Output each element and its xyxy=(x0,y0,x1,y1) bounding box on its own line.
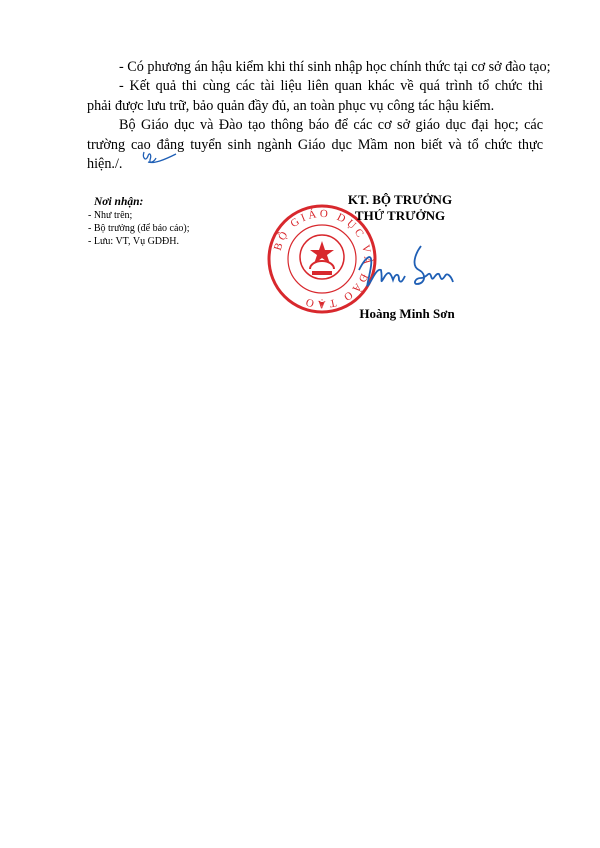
signature-title: KT. BỘ TRƯỞNG xyxy=(330,192,470,208)
recipients-list: Nơi nhận: - Như trên; - Bộ trưởng (để bá… xyxy=(88,195,190,248)
signature-block: KT. BỘ TRƯỞNG THỨ TRƯỞNG xyxy=(330,192,470,223)
signature-subtitle: THỨ TRƯỞNG xyxy=(330,208,470,224)
paragraph-line: Bộ Giáo dục và Đào tạo thông báo để các … xyxy=(87,116,543,136)
paragraph-2: - Kết quả thi cùng các tài liệu liên qua… xyxy=(87,77,543,116)
initial-signature-icon xyxy=(138,148,178,170)
signer-name: Hoàng Minh Sơn xyxy=(342,306,472,322)
recipient-item: - Lưu: VT, Vụ GDĐH. xyxy=(88,235,190,248)
paragraph-line: - Kết quả thi cùng các tài liệu liên qua… xyxy=(87,77,543,97)
paragraph-line: - Có phương án hậu kiểm khi thí sinh nhậ… xyxy=(87,58,543,78)
recipient-item: - Bộ trưởng (để báo cáo); xyxy=(88,222,190,235)
paragraph-line: phải được lưu trữ, bảo quản đầy đủ, an t… xyxy=(87,97,543,117)
paragraph-1: - Có phương án hậu kiểm khi thí sinh nhậ… xyxy=(87,58,543,78)
document-page: - Có phương án hậu kiểm khi thí sinh nhậ… xyxy=(0,0,600,848)
recipients-title: Nơi nhận: xyxy=(88,195,190,209)
recipient-item: - Như trên; xyxy=(88,209,190,222)
handwritten-signature-icon xyxy=(355,240,465,300)
